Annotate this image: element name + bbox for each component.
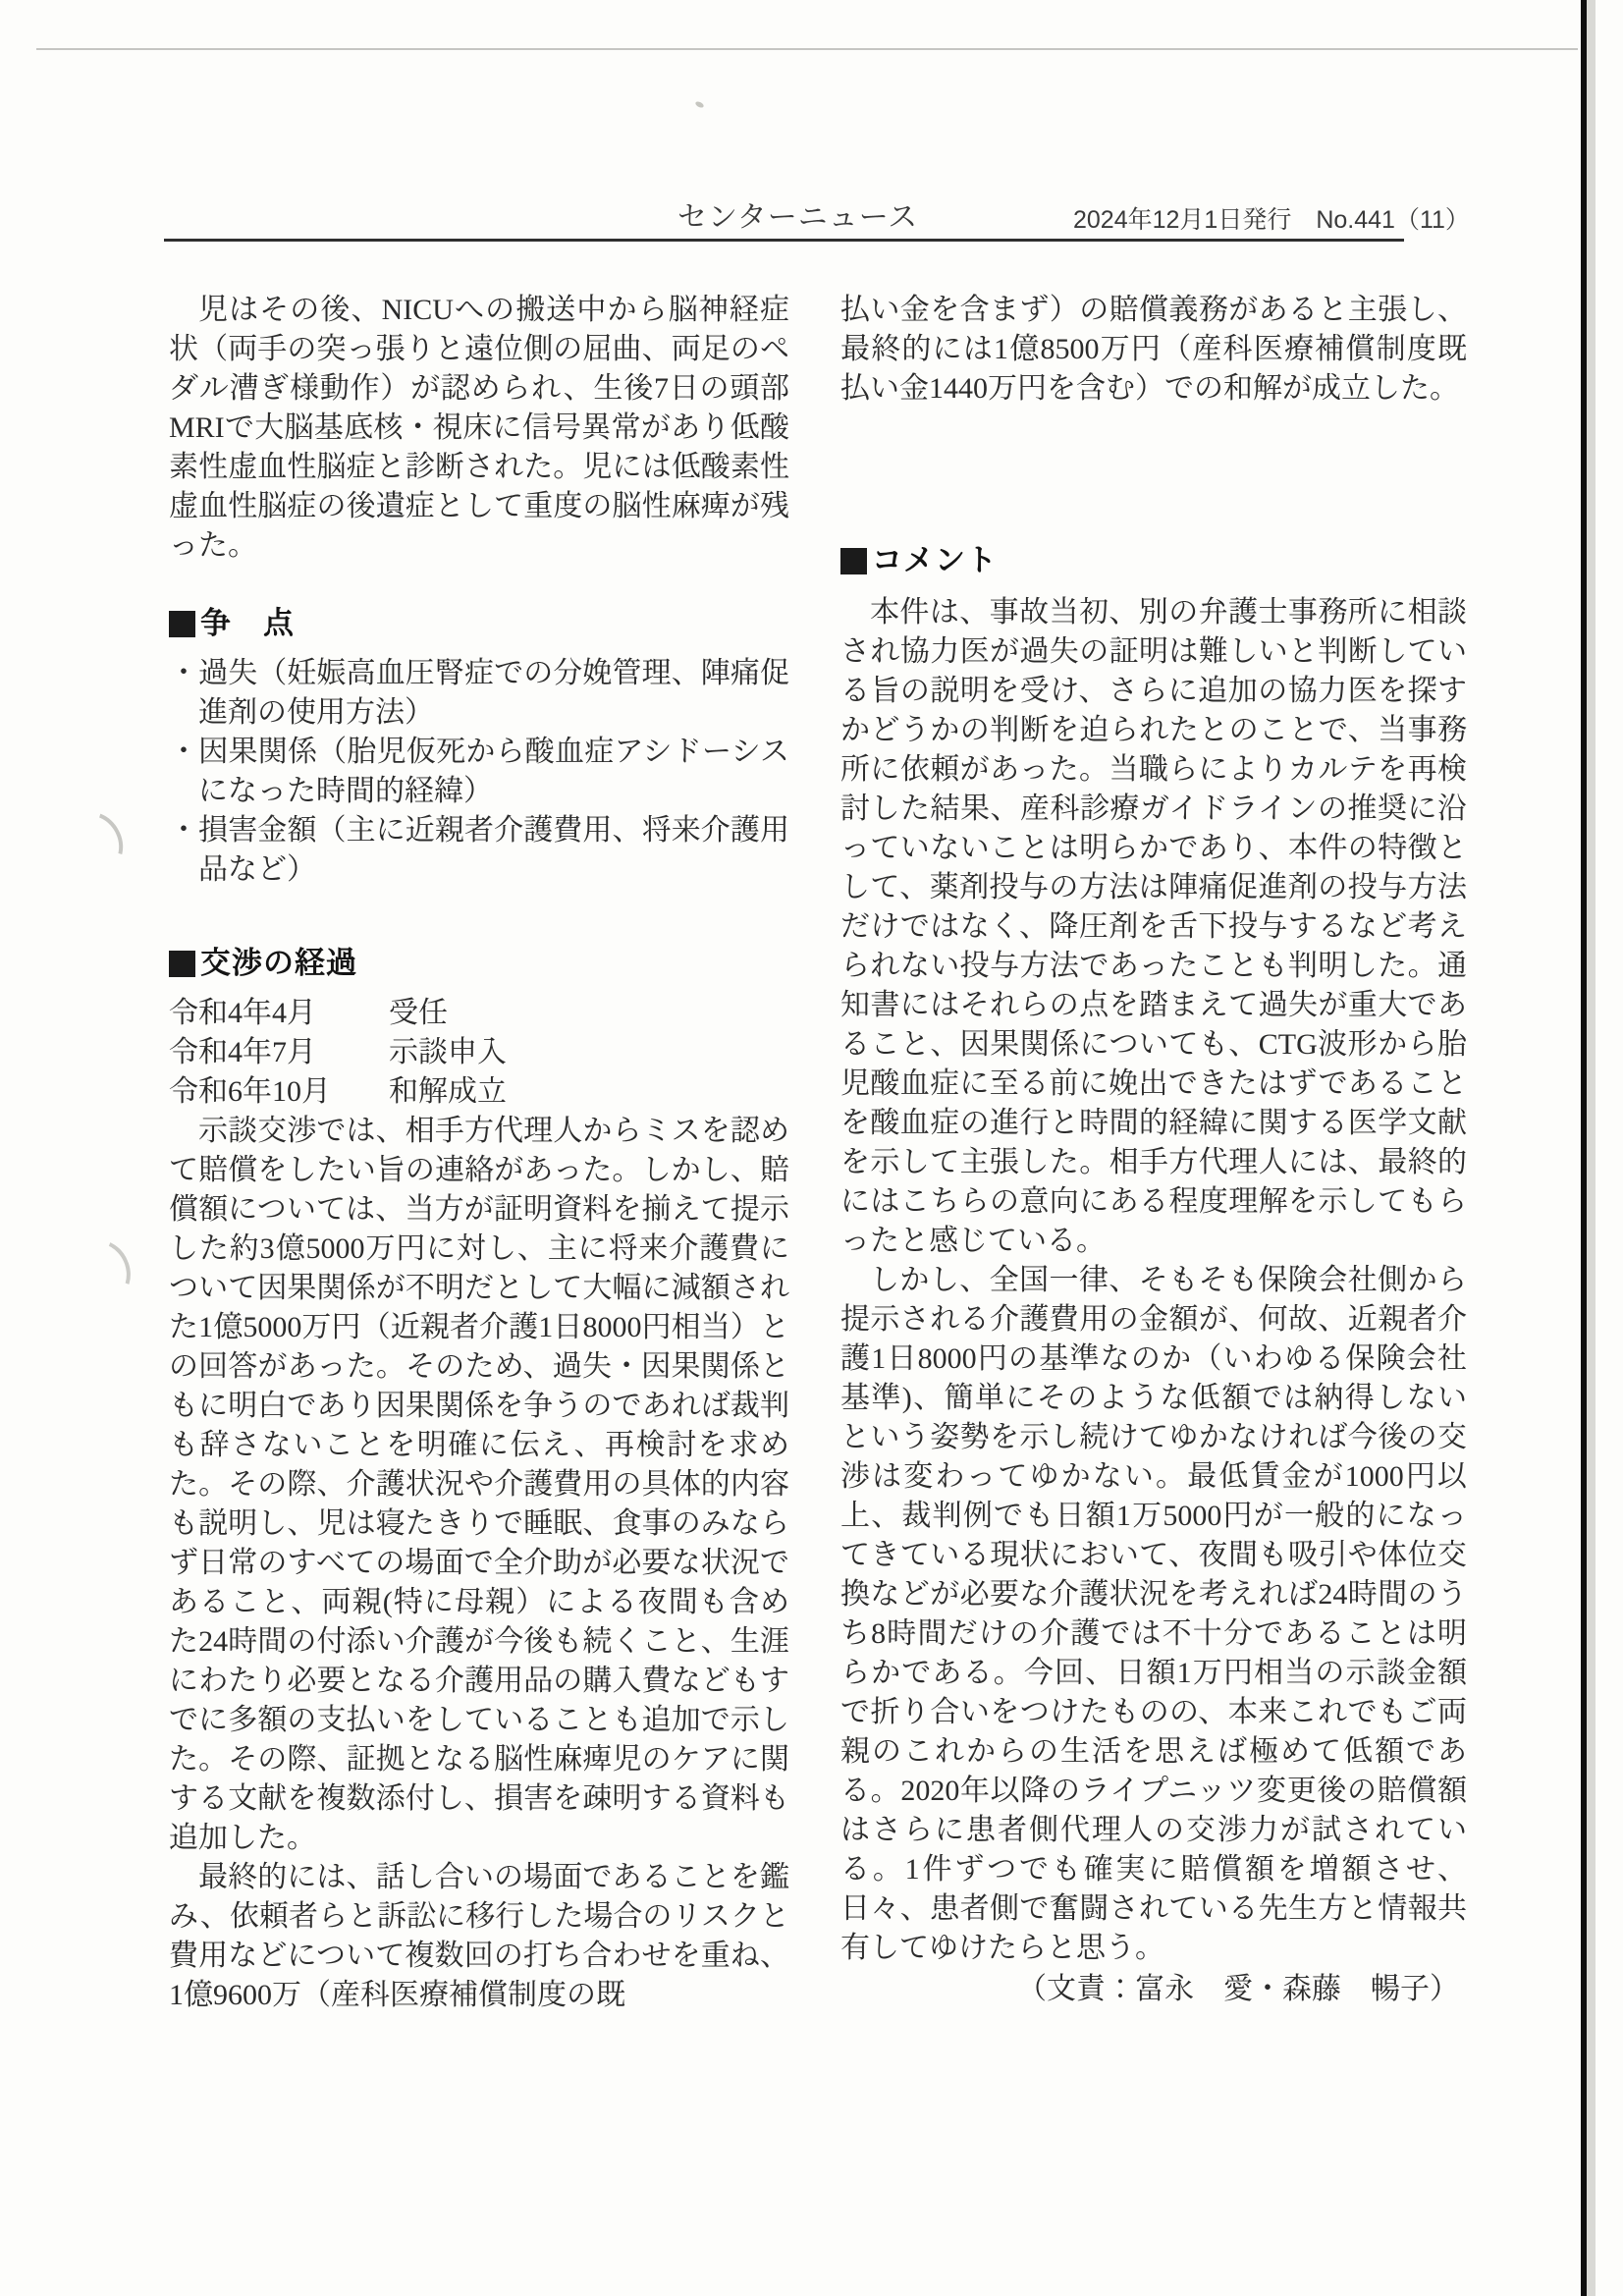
comment-heading-label: コメント bbox=[872, 540, 998, 581]
timeline-event: 受任 bbox=[389, 994, 789, 1033]
dispute-points-heading-label: 争 点 bbox=[200, 603, 295, 644]
newsletter-title: センターニュース bbox=[677, 192, 918, 236]
section-marker-icon bbox=[840, 548, 867, 574]
scan-right-edge-shadow bbox=[1587, 0, 1596, 2296]
timeline-row: 令和4年4月 受任 bbox=[169, 994, 789, 1033]
negotiation-history-heading-label: 交渉の経過 bbox=[200, 943, 357, 984]
dispute-points-heading: 争 点 bbox=[169, 603, 789, 644]
author-credit: （文責：富永 愛・森藤 暢子） bbox=[840, 1970, 1467, 2009]
timeline-event: 和解成立 bbox=[389, 1072, 789, 1112]
punch-hole-shadow-bottom bbox=[66, 1231, 139, 1310]
timeline-row: 令和6年10月 和解成立 bbox=[169, 1072, 789, 1112]
header-rule bbox=[164, 239, 1404, 242]
punch-hole-shadow-top bbox=[57, 802, 134, 883]
right-column: 払い金を含まず）の賠償義務があると主張し、最終的には1億8500万円（産科医療補… bbox=[840, 291, 1467, 2009]
timeline-date: 令和4年4月 bbox=[169, 994, 389, 1033]
timeline-row: 令和4年7月 示談申入 bbox=[169, 1033, 789, 1072]
comment-heading: コメント bbox=[840, 540, 1467, 581]
left-column: 児はその後、NICUへの搬送中から脳神経症状（両手の突っ張りと遠位側の屈曲、両足… bbox=[169, 291, 789, 2015]
issue-date-number: 2024年12月1日発行 No.441（11） bbox=[1073, 200, 1470, 236]
list-item: ・因果関係（胎児仮死から酸血症アシドーシスになった時間的経緯） bbox=[169, 733, 789, 811]
section-marker-icon bbox=[169, 611, 195, 637]
settlement-negotiation-paragraph: 示談交渉では、相手方代理人からミスを認めて賠償をしたい旨の連絡があった。しかし、… bbox=[169, 1112, 789, 1858]
dispute-points-list: ・過失（妊娠高血圧腎症での分娩管理、陣痛促進剤の使用方法） ・因果関係（胎児仮死… bbox=[169, 654, 789, 890]
list-item: ・損害金額（主に近親者介護費用、将来介護用品など） bbox=[169, 811, 789, 890]
case-outcome-paragraph: 児はその後、NICUへの搬送中から脳神経症状（両手の突っ張りと遠位側の屈曲、両足… bbox=[169, 291, 789, 566]
timeline-date: 令和4年7月 bbox=[169, 1033, 389, 1072]
list-item: ・過失（妊娠高血圧腎症での分娩管理、陣痛促進剤の使用方法） bbox=[169, 654, 789, 733]
comment-paragraph-1: 本件は、事故当初、別の弁護士事務所に相談され協力医が過失の証明は難しいと判断して… bbox=[840, 593, 1467, 1261]
comment-paragraph-2: しかし、全国一律、そもそも保険会社側から提示される介護費用の金額が、何故、近親者… bbox=[840, 1261, 1467, 1968]
settlement-continuation-paragraph: 払い金を含まず）の賠償義務があると主張し、最終的には1億8500万円（産科医療補… bbox=[840, 291, 1467, 409]
section-marker-icon bbox=[169, 951, 195, 977]
negotiation-timeline: 令和4年4月 受任 令和4年7月 示談申入 令和6年10月 和解成立 bbox=[169, 994, 789, 1112]
timeline-date: 令和6年10月 bbox=[169, 1072, 389, 1112]
negotiation-history-heading: 交渉の経過 bbox=[169, 943, 789, 984]
scan-top-edge-line bbox=[36, 48, 1578, 50]
newsletter-scanned-page: センターニュース 2024年12月1日発行 No.441（11） 児はその後、N… bbox=[0, 0, 1623, 2296]
scan-speck bbox=[694, 100, 704, 109]
final-settlement-paragraph: 最終的には、話し合いの場面であることを鑑み、依頼者らと訴訟に移行した場合のリスク… bbox=[169, 1858, 789, 2015]
timeline-event: 示談申入 bbox=[389, 1033, 789, 1072]
